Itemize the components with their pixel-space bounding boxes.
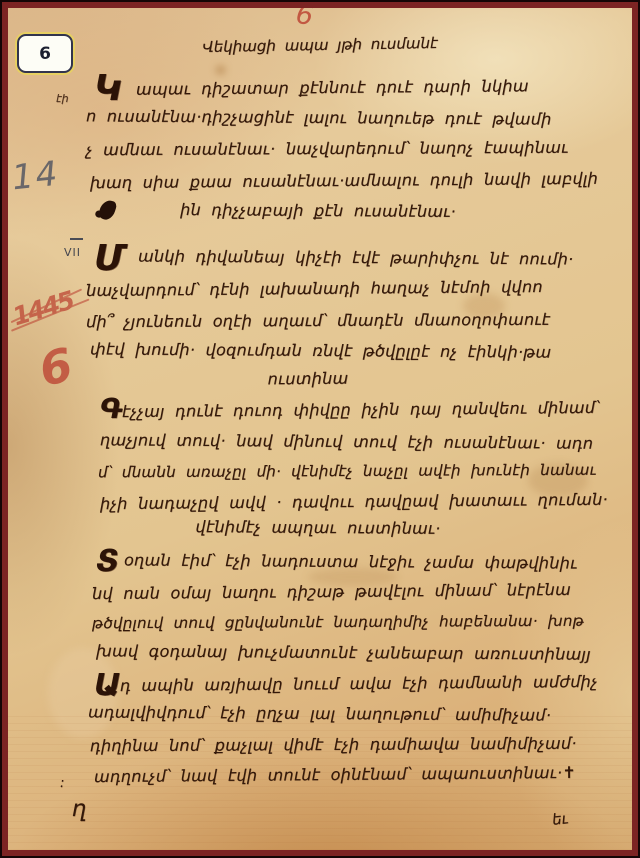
text-line: խավ գօդանայ խուչմատունէ չանեաբար առուստի… (96, 641, 591, 663)
drop-cap: Կ (94, 68, 123, 109)
catchword-right: եւ (551, 809, 569, 829)
drop-cap: Տ (96, 544, 119, 579)
text-line: խաղ սիա քաա ուսանէնաւ·ամնալու դուլի նավի… (90, 169, 598, 192)
drop-cap: Մ (94, 238, 125, 279)
text-line: մի՞ չյունեուն օղէի աղաւմ՝ մնադէն մնաոօղո… (86, 310, 550, 331)
text-line: ին դիչչաբայի քէն ուսանէնաւ· (158, 200, 478, 221)
text-line: ադալվիվդում՝ էչի ըղչա լալ նաղութում՝ ամի… (88, 702, 551, 724)
punctuation-mark: : (60, 776, 64, 791)
text-line: թծվըլուվ տուվ ցընվանունէ նադաղիմիչ հաբեն… (92, 612, 584, 633)
drop-cap: Ա (94, 668, 121, 703)
parchment-page: 6 14 VII 1445 6 էի Վեկիացի ապա յթի ուսմա… (8, 8, 632, 850)
manuscript-photo: 6 14 VII 1445 6 էի Վեկիացի ապա յթի ուսմա… (0, 0, 640, 858)
annotation-badge[interactable]: 6 (17, 34, 73, 73)
text-line: վէնիմէչ ապղաւ ուստինաւ· (168, 517, 468, 538)
text-line: նաչվարդում՝ դէնի լախանադի հաղաչ նէմոի վվ… (86, 277, 543, 300)
annotation-badge-number: 6 (39, 44, 51, 64)
header-line: Վեկիացի ապա յթի ուսմանէ (140, 33, 500, 57)
drop-cap: Գ (100, 392, 123, 425)
text-line: մ՝ մնանն առաչըլ մի· վէնիմէչ նաչըլ ավէի խ… (98, 461, 596, 482)
text-line: իչի նադաչըվ ավվ · դավոււ դավըավ խատաււ ղ… (100, 490, 608, 513)
text-line: էչչայ դունէ դուոդ փիվըը իչին դայ ղանվեու… (122, 398, 599, 421)
text-line: ղաչյուվ տուվ· նավ մինուվ տուվ էչի ուսանէ… (100, 430, 593, 452)
catchword-left: ղ (72, 796, 87, 822)
text-line: անկի դիվանեայ կիչէի էվէ թարիփչու նէ ոում… (138, 246, 574, 268)
text-line: ապաւ դիշատար քէննուէ դուէ դարի նկիա (136, 76, 529, 98)
text-layer: Վեկիացի ապա յթի ուսմանէ Կ ապաւ դիշատար ք… (8, 8, 632, 850)
text-line: փէվ խումի· վօզումդան ռնվէ թծվըլըէ ոչ էին… (90, 339, 551, 361)
text-line: նվ ոան օմայ նաղու դիշաթ թավէլու մինամ՝ ն… (92, 580, 571, 603)
text-line: ուստինա (228, 368, 388, 388)
text-line: չ ամնաւ ուսանէնաւ· նաչվարեդում՝ նաղոչ էա… (86, 138, 568, 160)
text-line: դ ապին առյիավը նոււմ ավա էչի դամնանի ամժ… (120, 672, 598, 695)
text-line: ադղուչմ՝ նավ էվի տունէ օինէնամ՝ ապաուստի… (94, 763, 576, 786)
text-line: ո ուսանէնա·դիշչացինէ լալու նաղուեթ դուէ … (86, 106, 552, 128)
text-line: օղան էիմ՝ էչի նադուստա նէջիւ չամա փաթվին… (124, 550, 578, 572)
text-line: դիղինա նոմ՝ քաչլալ վիմէ էչի դամիավա նամի… (90, 734, 577, 756)
